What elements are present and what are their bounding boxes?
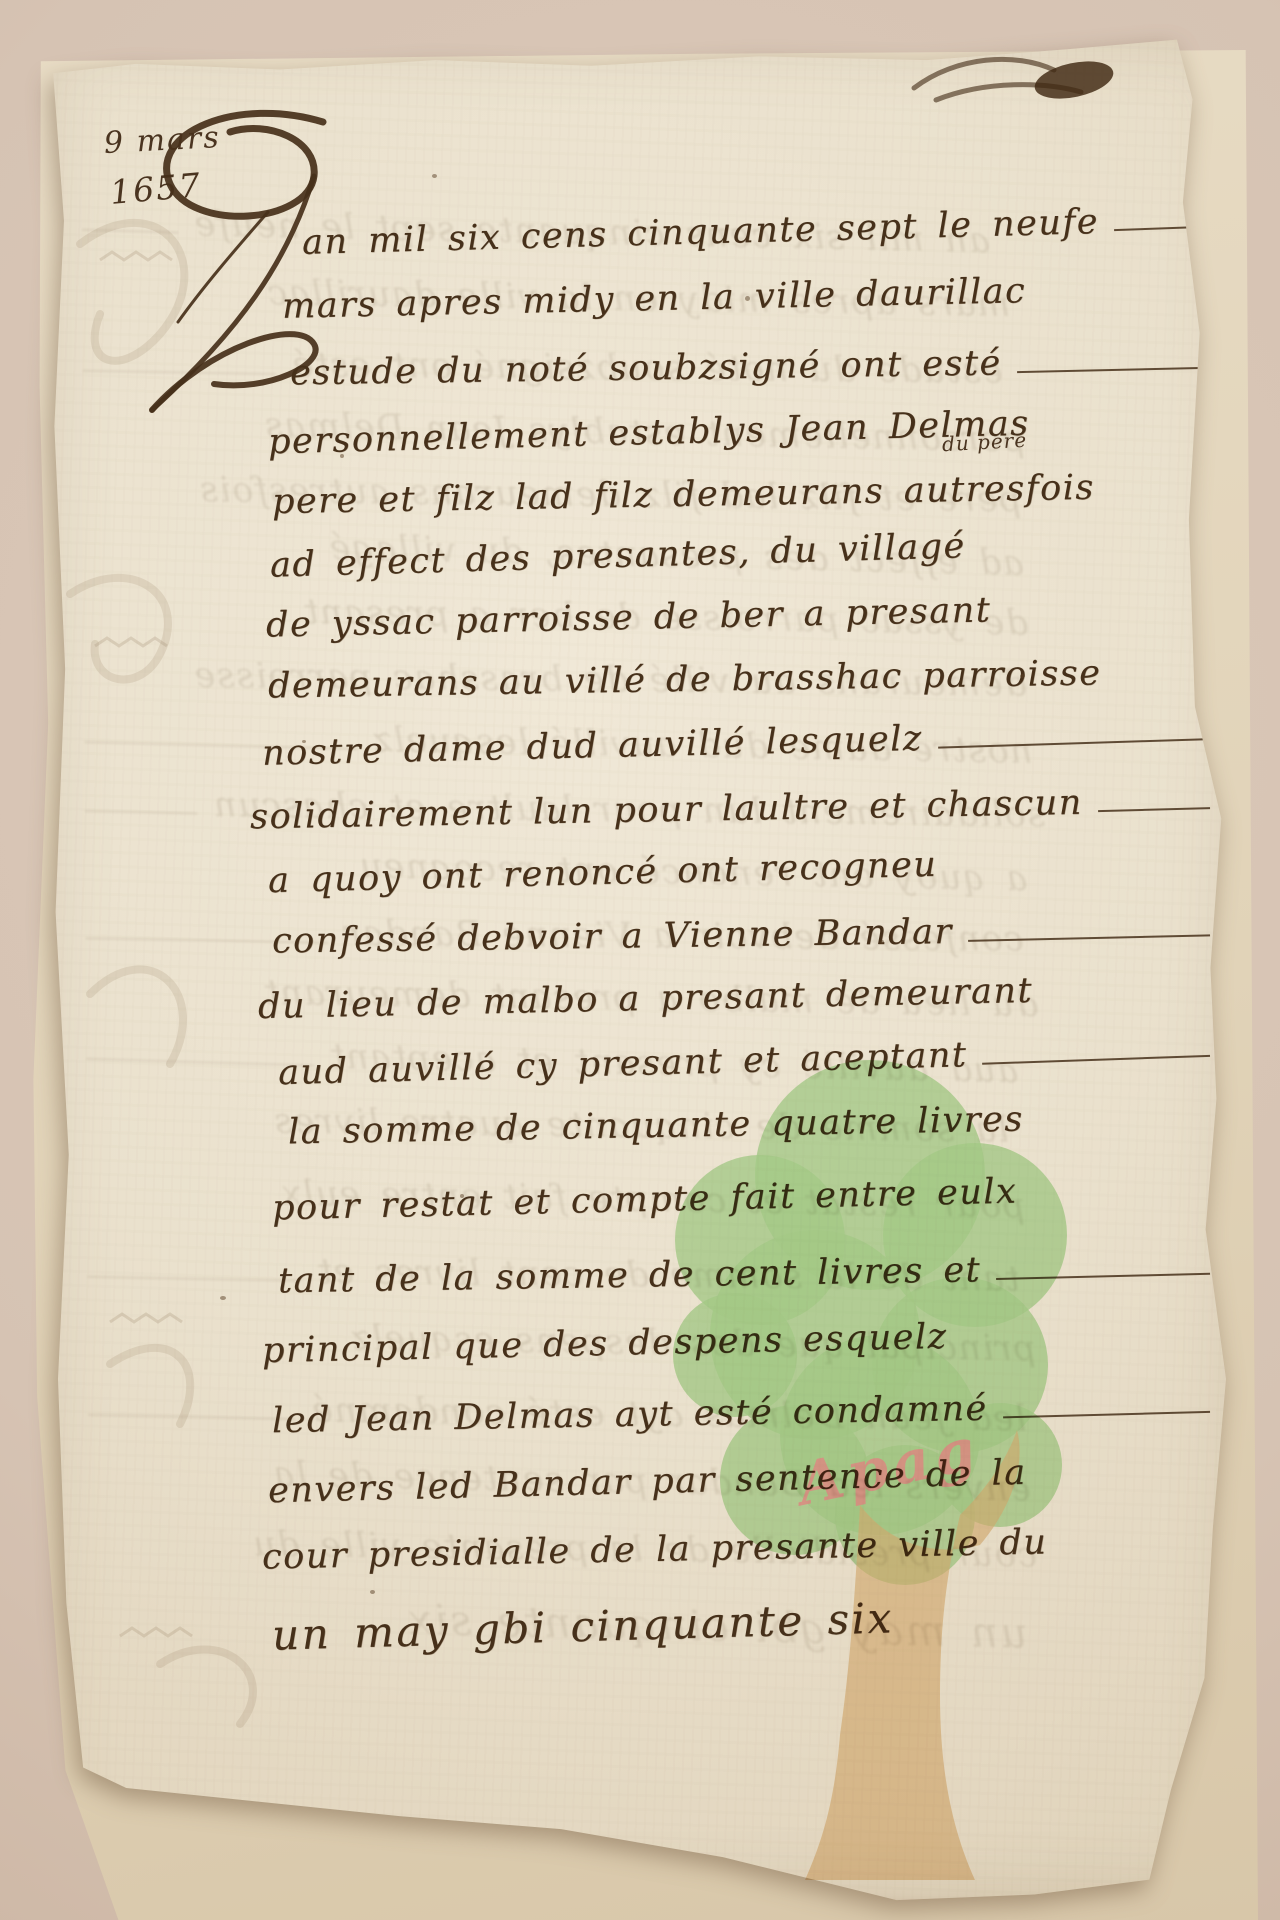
manuscript-line: de yssac parroisse de ber a presant <box>266 591 992 645</box>
line-filler-dash <box>938 738 1210 749</box>
manuscript-line: personnellement establys Jean Delmas <box>268 405 1030 462</box>
ink-speck <box>460 1194 464 1198</box>
line-filler-dash <box>82 228 178 233</box>
manuscript-line-text: la somme de cinquante quatre livres <box>288 1101 1024 1152</box>
manuscript-line-text: personnellement establys Jean Delmas <box>268 405 1030 462</box>
manuscript-line-text: envers led Bandar par sentence de la <box>268 1454 1027 1511</box>
manuscript-line: led Jean Delmas ayt esté condamné <box>272 1386 1213 1441</box>
manuscript-line-text: confessé debvoir a Vienne Bandar <box>272 913 953 961</box>
manuscript-line: solidairement lun pour laultre et chascu… <box>250 782 1213 837</box>
line-filler-dash <box>983 1054 1210 1064</box>
manuscript-line: tant de la somme de cent livres et <box>278 1248 1212 1301</box>
manuscript-line-text: pour restat et compte fait entre eulx <box>272 1173 1018 1228</box>
manuscript-line: demeurans au villé de brasshac parroisse <box>268 654 1102 706</box>
manuscript-line-text: pere et filz lad filz demeurans autresfo… <box>272 469 1095 522</box>
manuscript-line-text: ad effect des presantes, du villagé <box>270 527 967 585</box>
manuscript-line: an mil six cens cinquante sept le neufe <box>302 200 1213 262</box>
manuscript-line: pour restat et compte fait entre eulx <box>272 1173 1018 1228</box>
manuscript-line: a quoy ont renoncé ont recogneu <box>268 846 938 901</box>
manuscript-line: pere et filz lad filz demeurans autresfo… <box>272 469 1095 522</box>
manuscript-line: principal que des despens esquelz <box>262 1318 948 1371</box>
manuscript-line-text: demeurans au villé de brasshac parroisse <box>268 654 1102 706</box>
manuscript-line: aud auvillé cy presant et aceptant <box>278 1030 1213 1093</box>
manuscript-line-text: aud auvillé cy presant et aceptant <box>278 1036 968 1093</box>
line-filler-dash <box>1017 366 1210 372</box>
manuscript-line-text: du lieu de malbo a presant demeurant <box>258 972 1034 1027</box>
manuscript-line: un may gbi cinquante six <box>271 1595 894 1659</box>
manuscript-page: an mil six cens cinquante sept le neufem… <box>40 34 1238 1902</box>
ink-speck <box>745 296 750 301</box>
manuscript-line-text: a quoy ont renoncé ont recogneu <box>268 846 938 901</box>
line-filler-dash <box>88 1275 302 1281</box>
manuscript-line-text: tant de la somme de cent livres et <box>278 1251 982 1301</box>
margin-date-year: 1657 <box>109 168 204 209</box>
line-filler-dash <box>996 1272 1210 1279</box>
manuscript-page-wrap: an mil six cens cinquante sept le neufem… <box>40 34 1238 1902</box>
ink-speck <box>220 1296 226 1300</box>
manuscript-line-text: nostre dame dud auvillé lesquelz <box>262 720 923 773</box>
ink-speck <box>370 1590 375 1594</box>
margin-date-day: 9 mars <box>103 123 221 159</box>
ink-speck <box>340 454 344 458</box>
manuscript-line-text: un may gbi cinquante six <box>271 1595 894 1659</box>
line-filler-dash <box>968 934 1210 941</box>
manuscript-line-text: solidairement lun pour laultre et chascu… <box>250 784 1083 837</box>
manuscript-line-text: an mil six cens cinquante sept le neufe <box>302 203 1100 262</box>
ink-speck <box>880 940 884 944</box>
line-filler-dash <box>1114 225 1210 230</box>
ink-speck <box>432 174 437 178</box>
line-filler-dash <box>85 810 197 814</box>
manuscript-line-text: led Jean Delmas ayt esté condamné <box>272 1390 988 1441</box>
manuscript-line-text: estude du noté soubzsigné ont esté <box>290 345 1002 393</box>
line-filler-dash <box>83 369 276 374</box>
manuscript-line: envers led Bandar par sentence de la <box>268 1454 1027 1511</box>
line-filler-dash <box>88 1413 295 1419</box>
manuscript-line: nostre dame dud auvillé lesquelz <box>262 713 1213 773</box>
manuscript-line: confessé debvoir a Vienne Bandar <box>272 909 1212 961</box>
line-filler-dash <box>1003 1410 1210 1417</box>
manuscript-line: mars apres midy en la ville daurillac <box>282 272 1027 326</box>
ink-stain <box>896 40 1136 130</box>
manuscript-line: ad effect des presantes, du villagé <box>270 527 967 585</box>
manuscript-line: la somme de cinquante quatre livres <box>288 1101 1024 1152</box>
interline-note: du pere <box>942 430 1028 454</box>
manuscript-line: du lieu de malbo a presant demeurant <box>258 972 1034 1027</box>
ink-speck <box>1020 674 1025 678</box>
line-filler-dash <box>1098 807 1210 812</box>
manuscript-line-text: cour presidialle de la presante ville du <box>262 1523 1048 1577</box>
manuscript-line: estude du noté soubzsigné ont esté <box>290 342 1212 393</box>
manuscript-line-text: principal que des despens esquelz <box>262 1318 948 1371</box>
manuscript-line-text: de yssac parroisse de ber a presant <box>266 591 992 645</box>
ink-speck <box>302 740 306 743</box>
photo-background: an mil six cens cinquante sept le neufem… <box>0 0 1280 1920</box>
manuscript-line: cour presidialle de la presante ville du <box>262 1523 1048 1577</box>
manuscript-line-text: mars apres midy en la ville daurillac <box>282 272 1027 326</box>
